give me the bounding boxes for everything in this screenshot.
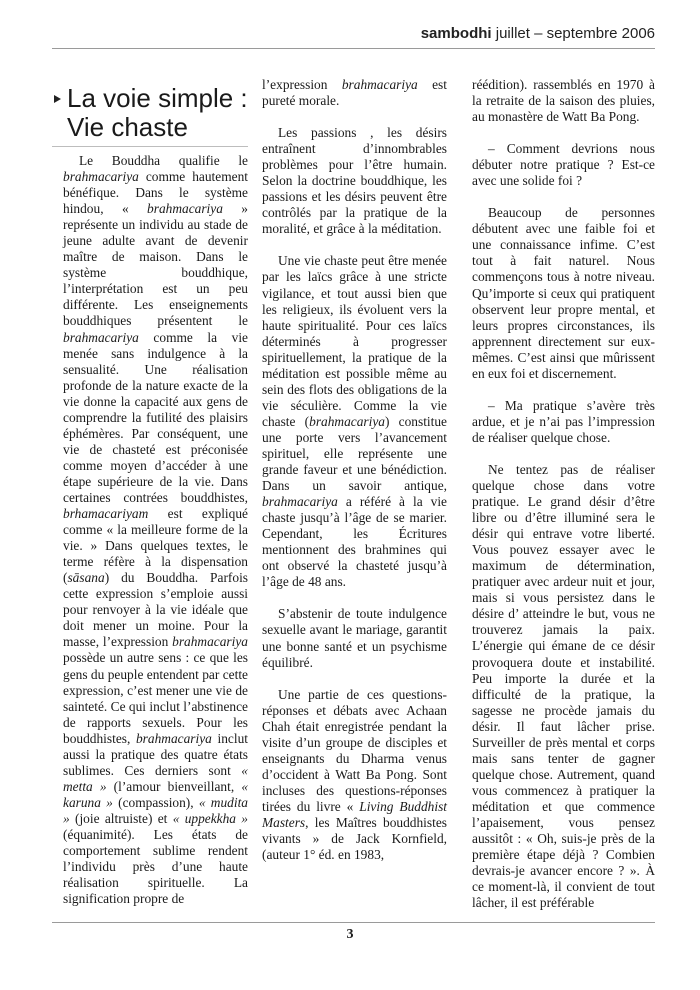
issue-date: juillet – septembre 2006 (496, 25, 655, 42)
paragraph: Ne tentez pas de réaliser quelque chose … (472, 462, 655, 911)
text-column-3: réédition). rassemblés en 1970 à la retr… (472, 77, 655, 911)
magazine-name: sambodhi (421, 25, 492, 42)
title-line-1: La voie simple : (67, 83, 248, 113)
question: – Ma pratique s’avère très ardue, et je … (472, 398, 655, 446)
paragraph: Les passions , les désirs entraînent d’i… (262, 125, 447, 237)
title-line-2: Vie chaste (52, 113, 248, 142)
paragraph: l’expression brahmacariya est pureté mor… (262, 77, 447, 109)
paragraph: Une vie chaste peut être menée par les l… (262, 253, 447, 590)
text-column-1: Le Bouddha qualifie le brahmacariya comm… (63, 153, 248, 907)
paragraph: réédition). rassemblés en 1970 à la retr… (472, 77, 655, 125)
text-column-2: l’expression brahmacariya est pureté mor… (262, 77, 447, 863)
paragraph: Beaucoup de personnes débutent avec une … (472, 205, 655, 382)
footer-rule (52, 922, 655, 923)
triangle-right-icon (54, 95, 61, 103)
running-header: sambodhi juillet – septembre 2006 (52, 24, 655, 49)
question: – Comment devrions nous débuter notre pr… (472, 141, 655, 189)
article-title: La voie simple : Vie chaste (52, 84, 248, 147)
paragraph: S’abstenir de toute indulgence sexuelle … (262, 606, 447, 670)
page-number: 3 (0, 927, 700, 943)
paragraph: Le Bouddha qualifie le brahmacariya comm… (63, 153, 248, 907)
paragraph: Une partie de ces questions-réponses et … (262, 687, 447, 864)
